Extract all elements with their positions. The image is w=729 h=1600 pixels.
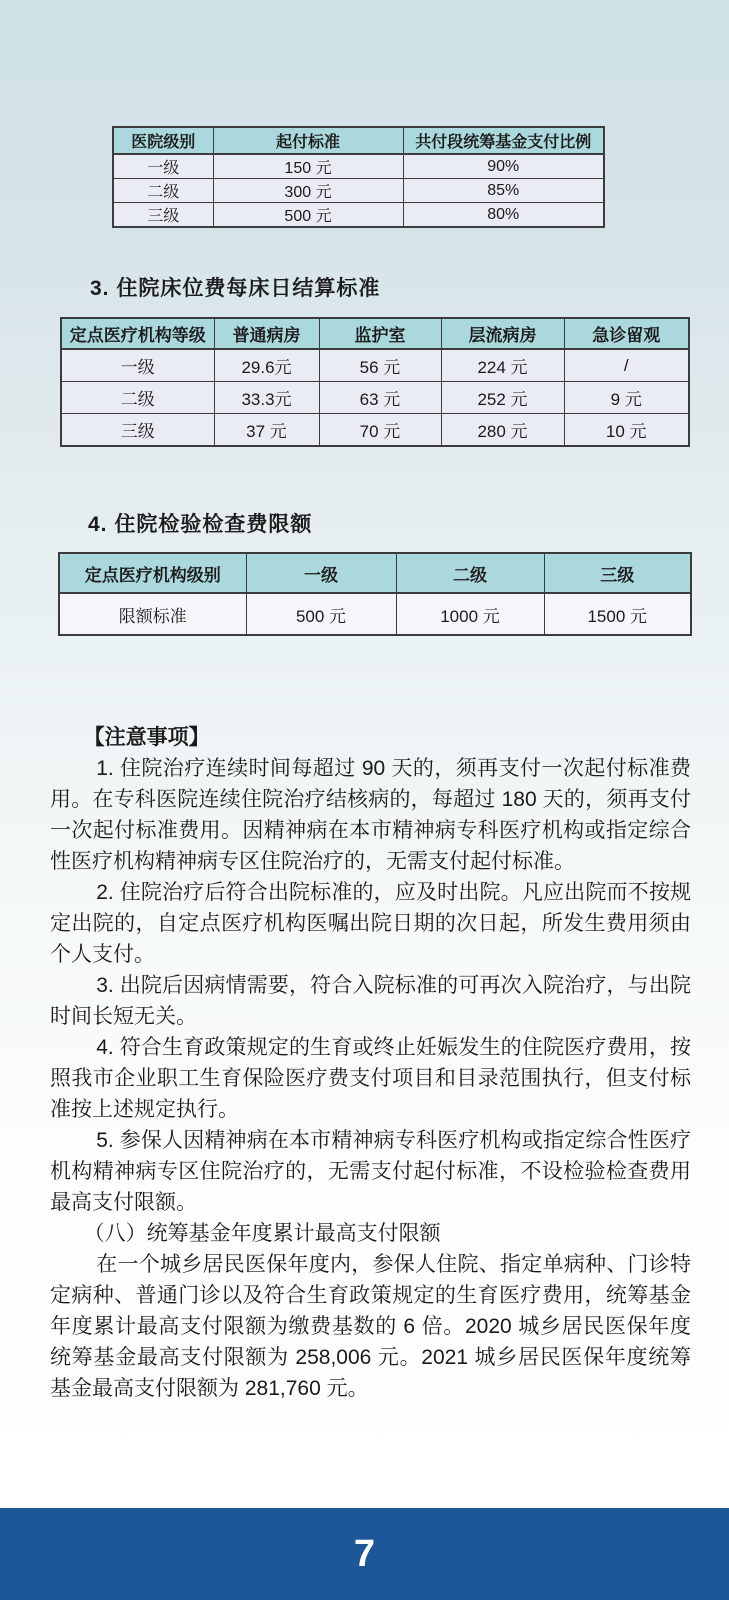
header-cell: 普通病房 bbox=[214, 318, 319, 349]
table-cell: 二级 bbox=[113, 179, 213, 203]
notes-closing-paragraph: 在一个城乡居民医保年度内，参保人住院、指定单病种、门诊特定病种、普通门诊以及符合… bbox=[50, 1249, 691, 1404]
table-cell: 300 元 bbox=[213, 179, 403, 203]
table-cell: 500 元 bbox=[246, 593, 396, 635]
table-header-row: 医院级别 起付标准 共付段统筹基金支付比例 bbox=[113, 127, 604, 154]
table-row: 三级 500 元 80% bbox=[113, 203, 604, 228]
table-cell: 三级 bbox=[113, 203, 213, 228]
notes-subheading: （八）统筹基金年度累计最高支付限额 bbox=[50, 1218, 691, 1249]
header-cell: 共付段统筹基金支付比例 bbox=[403, 127, 604, 154]
header-cell: 三级 bbox=[544, 553, 691, 593]
exam-limit-heading: 4. 住院检验检查费限额 bbox=[88, 508, 312, 538]
table-cell: 90% bbox=[403, 154, 604, 179]
table-cell: 150 元 bbox=[213, 154, 403, 179]
header-cell: 定点医疗机构级别 bbox=[59, 553, 246, 593]
table-row: 一级 150 元 90% bbox=[113, 154, 604, 179]
table-cell: 56 元 bbox=[319, 349, 441, 382]
table-cell: 70 元 bbox=[319, 414, 441, 447]
table-header-row: 定点医疗机构等级 普通病房 监护室 层流病房 急诊留观 bbox=[61, 318, 689, 349]
table-cell: 37 元 bbox=[214, 414, 319, 447]
header-cell: 一级 bbox=[246, 553, 396, 593]
notes-section: 【注意事项】 1. 住院治疗连续时间每超过 90 天的，须再支付一次起付标准费用… bbox=[50, 722, 691, 1404]
table-row: 一级 29.6元 56 元 224 元 / bbox=[61, 349, 689, 382]
table-cell: 一级 bbox=[113, 154, 213, 179]
table-cell: / bbox=[564, 349, 689, 382]
note-item: 5. 参保人因精神病在本市精神病专科医疗机构或指定综合性医疗机构精神病专区住院治… bbox=[50, 1125, 691, 1218]
exam-limit-table: 定点医疗机构级别 一级 二级 三级 限额标准 500 元 1000 元 1500… bbox=[58, 552, 692, 636]
table-cell: 限额标准 bbox=[59, 593, 246, 635]
footer-band: 7 bbox=[0, 1508, 729, 1600]
table-cell: 9 元 bbox=[564, 382, 689, 414]
header-cell: 医院级别 bbox=[113, 127, 213, 154]
note-item: 4. 符合生育政策规定的生育或终止妊娠发生的住院医疗费用，按照我市企业职工生育保… bbox=[50, 1032, 691, 1125]
document-page: 医院级别 起付标准 共付段统筹基金支付比例 一级 150 元 90% 二级 30… bbox=[0, 0, 729, 1600]
notes-title: 【注意事项】 bbox=[50, 722, 691, 753]
table-cell: 33.3元 bbox=[214, 382, 319, 414]
table-row: 二级 300 元 85% bbox=[113, 179, 604, 203]
table-cell: 29.6元 bbox=[214, 349, 319, 382]
table-row: 二级 33.3元 63 元 252 元 9 元 bbox=[61, 382, 689, 414]
note-item: 2. 住院治疗后符合出院标准的，应及时出院。凡应出院而不按规定出院的，自定点医疗… bbox=[50, 877, 691, 970]
bed-fee-heading: 3. 住院床位费每床日结算标准 bbox=[90, 272, 380, 302]
table-cell: 500 元 bbox=[213, 203, 403, 228]
table-row: 限额标准 500 元 1000 元 1500 元 bbox=[59, 593, 691, 635]
table-cell: 1000 元 bbox=[396, 593, 544, 635]
table-cell: 三级 bbox=[61, 414, 214, 447]
table-cell: 63 元 bbox=[319, 382, 441, 414]
deductible-table: 医院级别 起付标准 共付段统筹基金支付比例 一级 150 元 90% 二级 30… bbox=[112, 126, 605, 228]
table-cell: 85% bbox=[403, 179, 604, 203]
header-cell: 监护室 bbox=[319, 318, 441, 349]
table-cell: 280 元 bbox=[441, 414, 564, 447]
note-item: 3. 出院后因病情需要，符合入院标准的可再次入院治疗，与出院时间长短无关。 bbox=[50, 970, 691, 1032]
header-cell: 二级 bbox=[396, 553, 544, 593]
header-cell: 定点医疗机构等级 bbox=[61, 318, 214, 349]
table-cell: 80% bbox=[403, 203, 604, 228]
table-header-row: 定点医疗机构级别 一级 二级 三级 bbox=[59, 553, 691, 593]
table-cell: 10 元 bbox=[564, 414, 689, 447]
table-row: 三级 37 元 70 元 280 元 10 元 bbox=[61, 414, 689, 447]
table-cell: 224 元 bbox=[441, 349, 564, 382]
header-cell: 层流病房 bbox=[441, 318, 564, 349]
bed-fee-table: 定点医疗机构等级 普通病房 监护室 层流病房 急诊留观 一级 29.6元 56 … bbox=[60, 317, 690, 447]
table-cell: 一级 bbox=[61, 349, 214, 382]
table-cell: 252 元 bbox=[441, 382, 564, 414]
table-cell: 二级 bbox=[61, 382, 214, 414]
table-cell: 1500 元 bbox=[544, 593, 691, 635]
note-item: 1. 住院治疗连续时间每超过 90 天的，须再支付一次起付标准费用。在专科医院连… bbox=[50, 753, 691, 877]
header-cell: 急诊留观 bbox=[564, 318, 689, 349]
page-number: 7 bbox=[0, 1508, 729, 1600]
header-cell: 起付标准 bbox=[213, 127, 403, 154]
